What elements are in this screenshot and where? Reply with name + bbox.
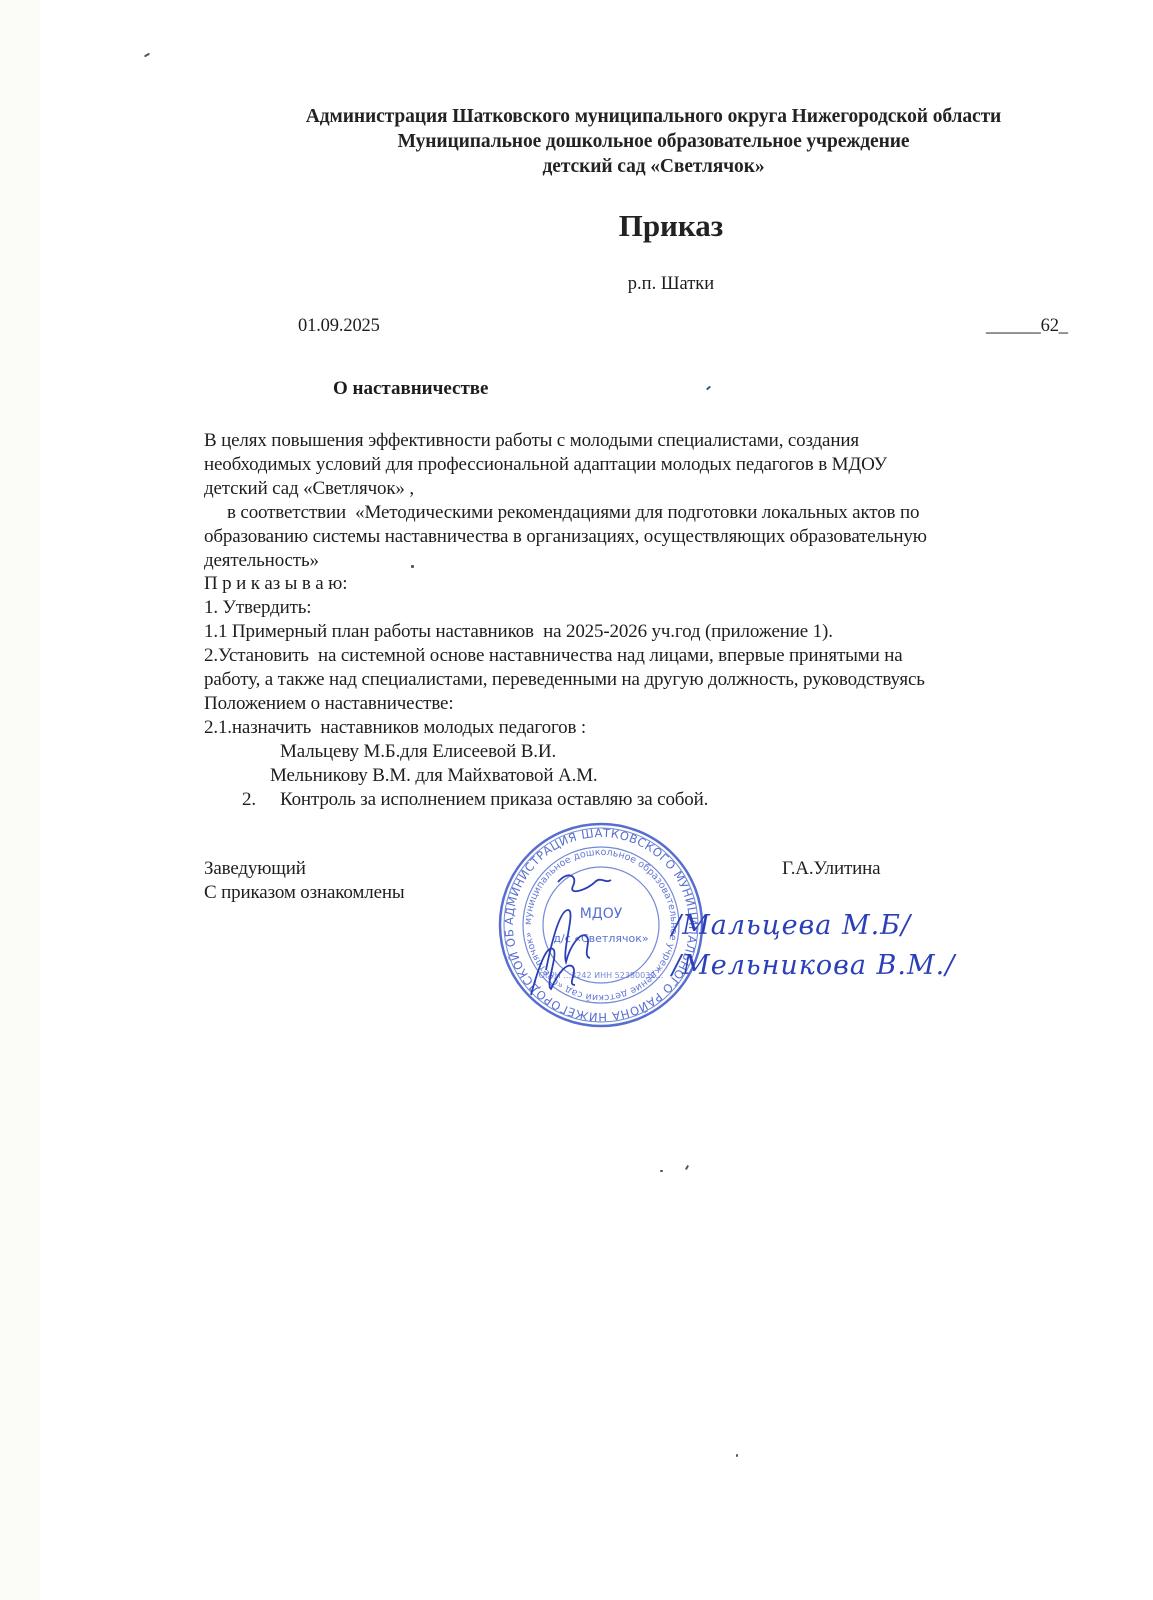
scan-speck: [685, 1165, 689, 1170]
preamble-line: деятельность»: [204, 550, 319, 572]
signatory-name: Г.А.Улитина: [782, 858, 880, 880]
control-text: Контроль за исполнением приказа оставляю…: [280, 789, 708, 811]
order-word: П р и к аз ы в а ю:: [204, 573, 347, 595]
signatory-position: Заведующий: [204, 858, 306, 880]
document-place: р.п. Шатки: [0, 274, 1153, 295]
handwritten-signature: /Мальцева М.Б/: [672, 910, 911, 941]
scan-speck: [736, 1454, 738, 1457]
preamble-line: детский сад «Светлячок» ,: [204, 478, 414, 500]
document-title: Приказ: [0, 208, 1153, 244]
document-subject: О наставничестве: [333, 378, 488, 400]
acknowledged-label: С приказом ознакомлены: [204, 882, 405, 904]
document-number: ______62_: [986, 316, 1068, 337]
header-institution: Муниципальное дошкольное образовательное…: [0, 131, 1153, 153]
order-item: 1. Утвердить:: [204, 597, 311, 619]
header-kindergarten: детский сад «Светлячок»: [0, 156, 1153, 178]
header-administration: Администрация Шатковского муниципального…: [0, 106, 1153, 128]
scan-speck: [660, 1170, 663, 1172]
preamble-line: образованию системы наставничества в орг…: [204, 526, 927, 548]
order-item: 2.1.назначить наставников молодых педаго…: [204, 717, 586, 739]
control-number: 2.: [242, 789, 256, 811]
preamble-line: необходимых условий для профессиональной…: [204, 454, 887, 476]
order-item: 1.1 Примерный план работы наставников на…: [204, 621, 833, 643]
scan-speck: [706, 386, 711, 391]
handwritten-signature: /Мельникова В.М./: [672, 950, 955, 981]
mentor-assignment: Мельникову В.М. для Майхватовой А.М.: [270, 765, 598, 787]
order-item: работу, а также над специалистами, перев…: [204, 669, 925, 691]
mentor-assignment: Мальцеву М.Б.для Елисеевой В.И.: [280, 741, 556, 763]
preamble-line: в соответствии «Методическими рекомендац…: [204, 502, 919, 524]
scan-speck: [411, 565, 414, 568]
order-item: Положением о наставничестве:: [204, 693, 453, 715]
document-page: Администрация Шатковского муниципального…: [0, 0, 1153, 1600]
document-date: 01.09.2025: [298, 316, 380, 337]
svg-text:МДОУ: МДОУ: [580, 906, 623, 922]
preamble-line: В целях повышения эффективности работы с…: [204, 430, 859, 452]
order-item: 2.Установить на системной основе наставн…: [204, 645, 903, 667]
scan-speck: [144, 53, 150, 58]
